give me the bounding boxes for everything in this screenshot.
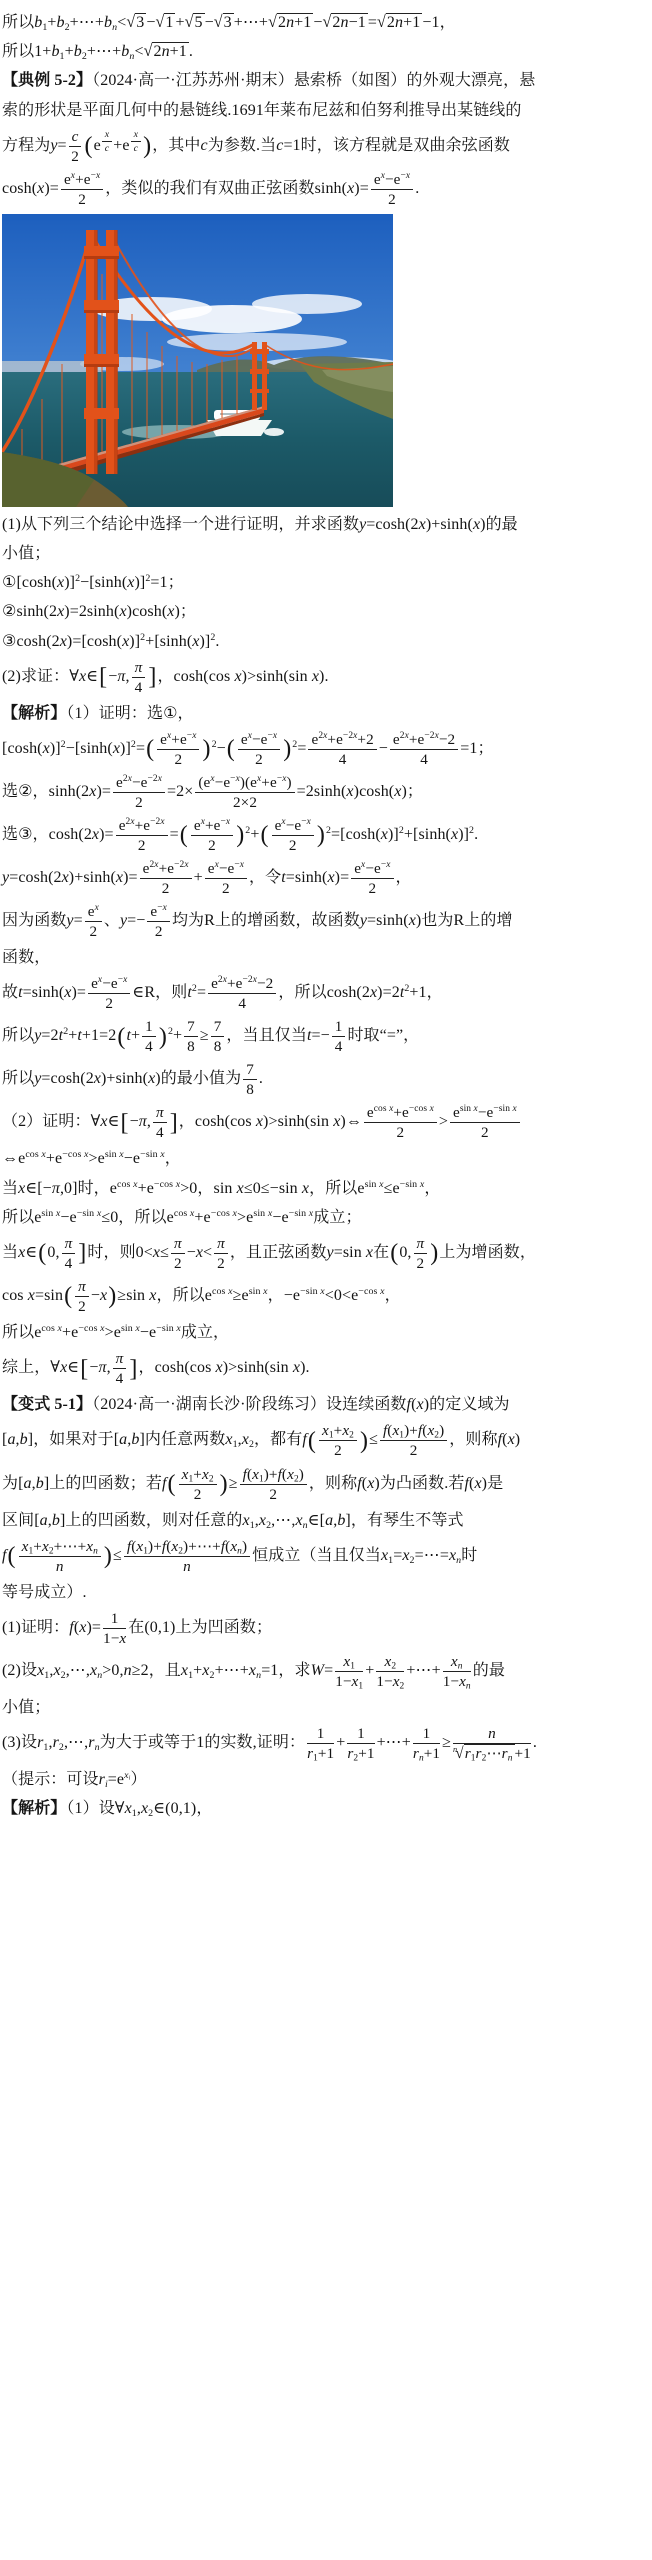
math-line: 所以y=2t2+t+1=2(t+14)2+78≥78，当且仅当t=−14时取“=… (2, 1018, 650, 1055)
math-line: 等号成立）. (2, 1581, 650, 1604)
math-line: （提示：可设ri=exi） (2, 1768, 650, 1791)
document-page: 所以b1+b2+⋯+bn<√3−√1+√5−√3+⋯+√2n+1−√2n−1=√… (0, 0, 652, 1867)
math-line: 所以esin x−e−sin x≤0，所以ecos x+e−cos x>esin… (2, 1206, 650, 1229)
math-line: 所以b1+b2+⋯+bn<√3−√1+√5−√3+⋯+√2n+1−√2n−1=√… (2, 11, 650, 34)
math-line: cos x=sin(π2−x)≥sin x，所以ecos x≥esin x，−e… (2, 1278, 650, 1315)
math-line: 综上，∀x∈[−π,π4]，cosh(cos x)>sinh(sin x). (2, 1350, 650, 1387)
math-line: 所以1+b1+b2+⋯+bn<√2n+1. (2, 40, 650, 63)
document-body-bottom: (1)从下列三个结论中选择一个进行证明，并求函数y=cosh(2x)+sinh(… (2, 513, 650, 1821)
math-line: (3)设r1,r2,⋯,rn为大于或等于1的实数,证明：1r1+1+1r2+1+… (2, 1725, 650, 1762)
math-line: 函数， (2, 946, 650, 969)
math-line: cosh(x)=ex+e−x2，类似的我们有双曲正弦函数sinh(x)=ex−e… (2, 171, 650, 208)
math-line: 区间[a,b]上的凹函数，则对任意的x1,x2,⋯,xn∈[a,b]，有琴生不等… (2, 1509, 650, 1532)
math-line: f(x1+x2+⋯+xnn)≤f(x1)+f(x2)+⋯+f(xn)n恒成立（当… (2, 1538, 650, 1575)
math-line: (2)求证：∀x∈[−π,π4]，cosh(cos x)>sinh(sin x)… (2, 659, 650, 696)
bridge-photo (2, 214, 393, 507)
math-line: ②sinh(2x)=2sinh(x)cosh(x)； (2, 600, 650, 623)
math-line: 索的形状是平面几何中的悬链线.1691年莱布尼兹和伯努利推导出某链线的 (2, 99, 650, 122)
math-line: (1)证明：f(x)=11−x在(0,1)上为凹函数； (2, 1610, 650, 1647)
math-line: 【解析】（1）设∀x1,x2∈(0,1)， (2, 1797, 650, 1820)
math-line: 当x∈[−π,0]时，ecos x+e−cos x>0，sin x≤0≤−sin… (2, 1177, 650, 1200)
math-line: 选③，cosh(2x)=e2x+e−2x2=(ex+e−x2)2+(ex−e−x… (2, 817, 650, 854)
math-line: 方程为y=c2(exc+exc)，其中c为参数.当c=1时，该方程就是双曲余弦函… (2, 128, 650, 165)
math-line: 小值； (2, 542, 650, 565)
math-line: ①[cosh(x)]2−[sinh(x)]2=1； (2, 571, 650, 594)
bridge-photo-svg (2, 214, 393, 507)
math-line: ③cosh(2x)=[cosh(x)]2+[sinh(x)]2. (2, 630, 650, 653)
math-line: [cosh(x)]2−[sinh(x)]2=(ex+e−x2)2−(ex−e−x… (2, 731, 650, 768)
math-line: ⇔ecos x+e−cos x>esin x−e−sin x， (2, 1147, 650, 1170)
math-line: 所以ecos x+e−cos x>esin x−e−sin x成立， (2, 1321, 650, 1344)
math-line: [a,b]，如果对于[a,b]内任意两数x1,x2，都有f(x1+x22)≤f(… (2, 1422, 650, 1459)
math-line: y=cosh(2x)+sinh(x)=e2x+e−2x2+ex−e−x2，令t=… (2, 860, 650, 897)
math-line: 【变式 5-1】（2024·高一·湖南长沙·阶段练习）设连续函数f(x)的定义域… (2, 1393, 650, 1416)
math-line: 故t=sinh(x)=ex−e−x2∈R，则t2=e2x+e−2x−24，所以c… (2, 975, 650, 1012)
document-body-top: 所以b1+b2+⋯+bn<√3−√1+√5−√3+⋯+√2n+1−√2n−1=√… (2, 11, 650, 208)
math-line: 因为函数y=ex2、y=−e−x2均为R上的增函数，故函数y=sinh(x)也为… (2, 903, 650, 940)
math-line: 所以y=cosh(2x)+sinh(x)的最小值为78. (2, 1061, 650, 1098)
math-line: 【解析】（1）证明：选①， (2, 702, 650, 725)
math-line: 小值； (2, 1696, 650, 1719)
math-line: （2）证明：∀x∈[−π,π4]，cosh(cos x)>sinh(sin x)… (2, 1104, 650, 1141)
math-line: (1)从下列三个结论中选择一个进行证明，并求函数y=cosh(2x)+sinh(… (2, 513, 650, 536)
math-line: (2)设x1,x2,⋯,xn>0,n≥2，且x1+x2+⋯+xn=1，求W=x1… (2, 1653, 650, 1690)
math-line: 选②，sinh(2x)=e2x−e−2x2=2×(ex−e−x)(ex+e−x)… (2, 774, 650, 811)
math-line: 【典例 5-2】（2024·高一·江苏苏州·期末）悬索桥（如图）的外观大漂亮，悬 (2, 69, 650, 92)
math-line: 为[a,b]上的凹函数；若f(x1+x22)≥f(x1)+f(x2)2，则称f(… (2, 1466, 650, 1503)
math-line: 当x∈(0,π4]时，则0<x≤π2−x<π2，且正弦函数y=sin x在(0,… (2, 1235, 650, 1272)
